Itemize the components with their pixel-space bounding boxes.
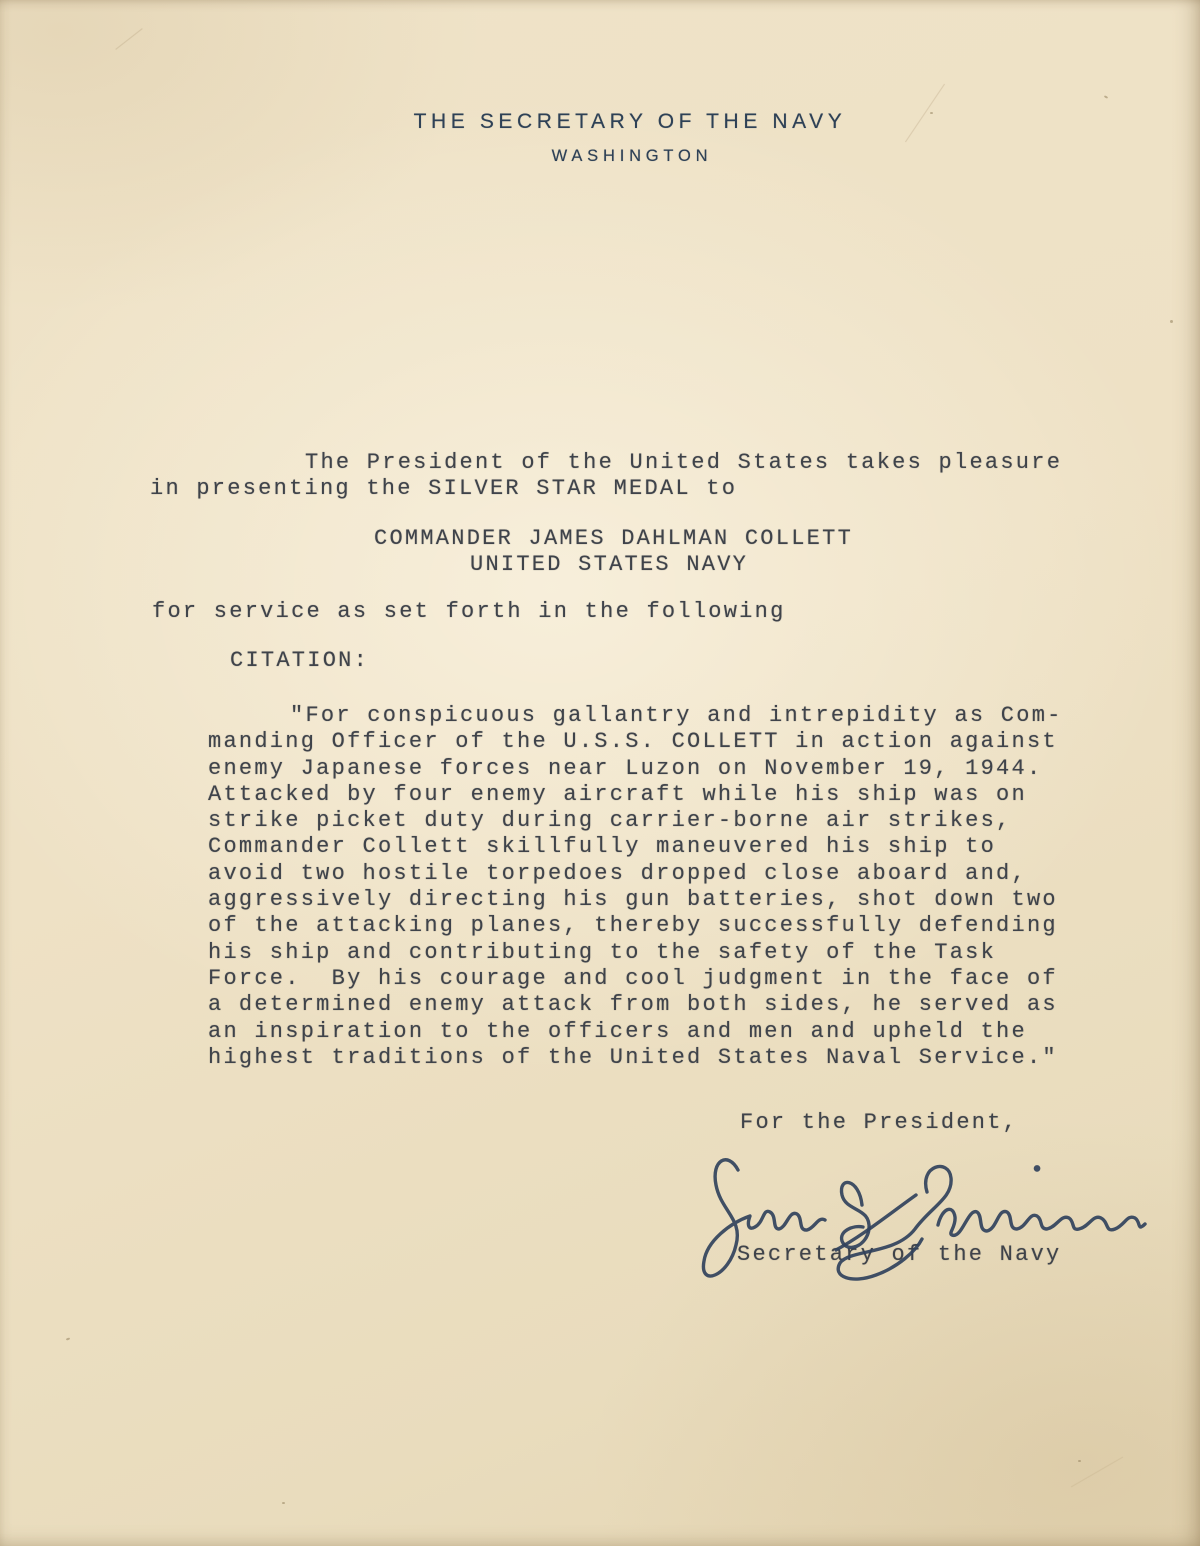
paper-crease (115, 28, 143, 51)
paper-speck (930, 112, 933, 114)
letterhead-title: THE SECRETARY OF THE NAVY (0, 110, 1200, 134)
intro-line-1: The President of the United States takes… (305, 450, 1062, 476)
citation-line: strike picket duty during carrier-borne … (208, 808, 1063, 834)
letter-document: THE SECRETARY OF THE NAVY WASHINGTON The… (0, 0, 1200, 1546)
citation-paragraph: "For conspicuous gallantry and intrepidi… (208, 703, 1063, 1071)
citation-line: an inspiration to the officers and men a… (208, 1019, 1063, 1045)
citation-line: of the attacking planes, thereby success… (208, 913, 1063, 939)
citation-line: Commander Collett skillfully maneuvered … (208, 834, 1063, 860)
citation-label: CITATION: (230, 648, 369, 674)
citation-line: a determined enemy attack from both side… (208, 992, 1063, 1018)
citation-line: avoid two hostile torpedoes dropped clos… (208, 861, 1063, 887)
signature-john-l-sullivan (690, 1145, 1160, 1295)
paper-speck (1104, 95, 1108, 99)
recipient-name: COMMANDER JAMES DAHLMAN COLLETT (374, 526, 853, 552)
recipient-branch: UNITED STATES NAVY (470, 552, 748, 578)
paper-speck (1170, 320, 1173, 323)
intro-line-2: in presenting the SILVER STAR MEDAL to (150, 476, 737, 502)
letterhead-city: WASHINGTON (0, 147, 1200, 166)
citation-line: "For conspicuous gallantry and intrepidi… (208, 703, 1063, 729)
paper-speck (1078, 1460, 1081, 1462)
paper-speck (282, 1502, 285, 1504)
for-president-line: For the President, (740, 1110, 1018, 1136)
citation-line: highest traditions of the United States … (208, 1045, 1063, 1071)
citation-line: Force. By his courage and cool judgment … (208, 966, 1063, 992)
citation-line: manding Officer of the U.S.S. COLLETT in… (208, 729, 1063, 755)
citation-line: his ship and contributing to the safety … (208, 940, 1063, 966)
paper-speck (66, 1337, 70, 1340)
citation-line: Attacked by four enemy aircraft while hi… (208, 782, 1063, 808)
service-line: for service as set forth in the followin… (152, 599, 786, 625)
citation-line: enemy Japanese forces near Luzon on Nove… (208, 756, 1063, 782)
citation-line: aggressively directing his gun batteries… (208, 887, 1063, 913)
